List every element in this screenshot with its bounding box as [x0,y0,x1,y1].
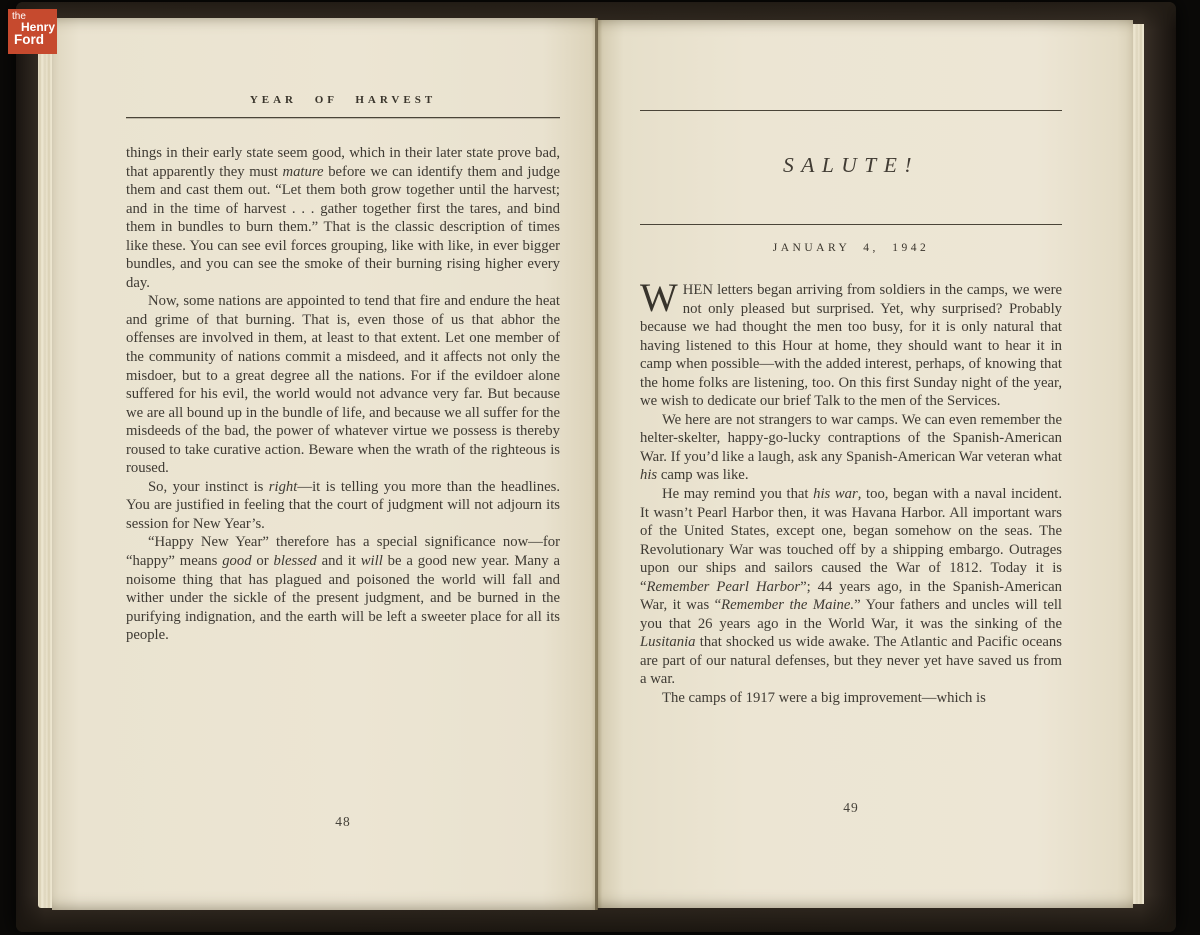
henry-ford-logo: the Henry Ford [8,9,57,54]
left-page-content: YEAR OF HARVEST things in their early st… [126,90,560,645]
paragraph-text: HEN letters began arriving from soldiers… [640,282,1062,409]
paragraph: He may remind you that his war, too, beg… [640,485,1062,689]
running-head-rule: YEAR OF HARVEST [126,90,560,118]
paragraph: WHEN letters began arriving from soldier… [640,281,1062,411]
page-number-right: 49 [640,800,1062,816]
left-page: YEAR OF HARVEST things in their early st… [52,18,597,910]
drop-cap: W [640,281,683,313]
right-page-body: WHEN letters began arriving from soldier… [640,281,1062,708]
logo-word-ford: Ford [14,32,44,47]
page-number-left: 48 [126,814,560,830]
paragraph: So, your instinct is right—it is telling… [126,478,560,534]
paragraph: things in their early state seem good, w… [126,144,560,292]
paragraph: The camps of 1917 were a big improvement… [640,689,1062,708]
book-gutter [595,18,598,910]
chapter-rule-top [640,110,1062,111]
right-page-content: SALUTE! JANUARY 4, 1942 WHEN letters beg… [640,110,1062,708]
paragraph: Now, some nations are appointed to tend … [126,292,560,477]
book-scan-photo: YEAR OF HARVEST things in their early st… [0,0,1200,935]
right-page: SALUTE! JANUARY 4, 1942 WHEN letters beg… [597,20,1133,908]
paragraph: We here are not strangers to war camps. … [640,411,1062,485]
running-head: YEAR OF HARVEST [250,94,436,106]
left-page-body: things in their early state seem good, w… [126,144,560,645]
dateline: JANUARY 4, 1942 [640,242,1062,254]
chapter-rule-bottom [640,224,1062,225]
paragraph: “Happy New Year” therefore has a special… [126,533,560,644]
chapter-title: SALUTE! [640,153,1062,178]
